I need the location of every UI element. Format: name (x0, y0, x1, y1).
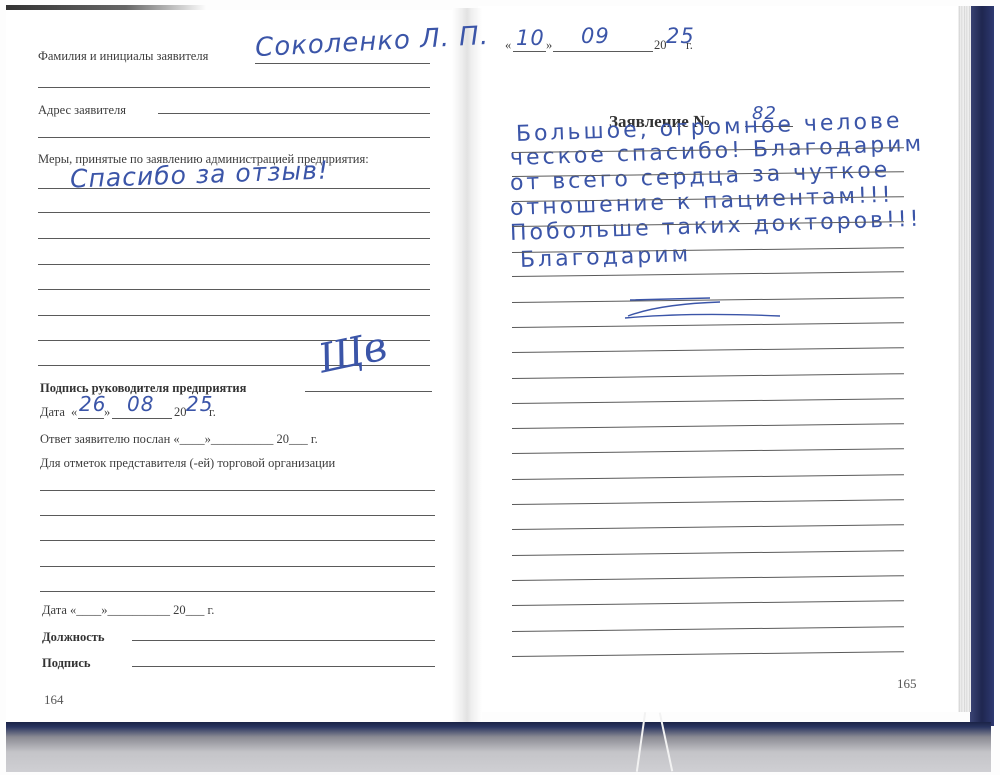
form-line (38, 238, 430, 239)
form-line (40, 591, 435, 592)
date-quote-close: » (546, 38, 552, 53)
statement-date-day: 10 (516, 26, 545, 50)
form-line (40, 566, 435, 567)
page-number-left: 164 (44, 692, 64, 708)
statement-date-month: 09 (581, 24, 610, 48)
closing-flourish (620, 290, 800, 330)
date-month-line (553, 51, 653, 52)
position-line (132, 640, 435, 641)
scanned-book-spread: Фамилия и инициалы заявителя Соколенко Л… (0, 0, 1000, 775)
position-label: Должность (42, 630, 105, 645)
statement-date-year-unit: г. (686, 38, 693, 53)
form-line (40, 490, 435, 491)
trade-date-label: Дата «____»__________ 20___ г. (42, 603, 214, 618)
applicant-name-label: Фамилия и инициалы заявителя (38, 49, 208, 64)
signature-line (132, 666, 435, 667)
cover-edge-bottom (6, 722, 991, 772)
applicant-address-line (158, 113, 430, 114)
form-line (38, 188, 430, 189)
date-quote-close: » (104, 405, 110, 420)
manager-signature-line (305, 391, 432, 392)
cover-edge-right (970, 6, 994, 726)
manager-date-label: Дата (40, 405, 65, 420)
applicant-name-line (255, 63, 430, 64)
date-day-line (513, 51, 546, 52)
form-line (40, 540, 435, 541)
signature-label: Подпись (42, 656, 91, 671)
statement-date-year-prefix: 20 (654, 38, 667, 53)
form-line (38, 137, 430, 138)
page-number-right: 165 (897, 676, 917, 692)
date-quote-open: « (505, 38, 511, 53)
form-line (38, 87, 430, 88)
manager-date-day: 26 (79, 392, 106, 416)
manager-date-year-unit: г. (209, 405, 216, 420)
trade-org-label: Для отметок представителя (-ей) торговой… (40, 456, 335, 471)
date-day-line (78, 418, 104, 419)
form-line (38, 315, 430, 316)
form-line (38, 264, 430, 265)
date-quote-open: « (71, 405, 77, 420)
applicant-address-label: Адрес заявителя (38, 103, 126, 118)
manager-date-year-prefix: 20 (174, 405, 187, 420)
book-gutter (452, 8, 482, 722)
form-line (38, 212, 430, 213)
reply-sent-label: Ответ заявителю послан «____»__________ … (40, 432, 318, 447)
form-line (40, 515, 435, 516)
form-line (38, 289, 430, 290)
date-month-line (112, 418, 172, 419)
manager-date-month: 08 (127, 392, 154, 416)
